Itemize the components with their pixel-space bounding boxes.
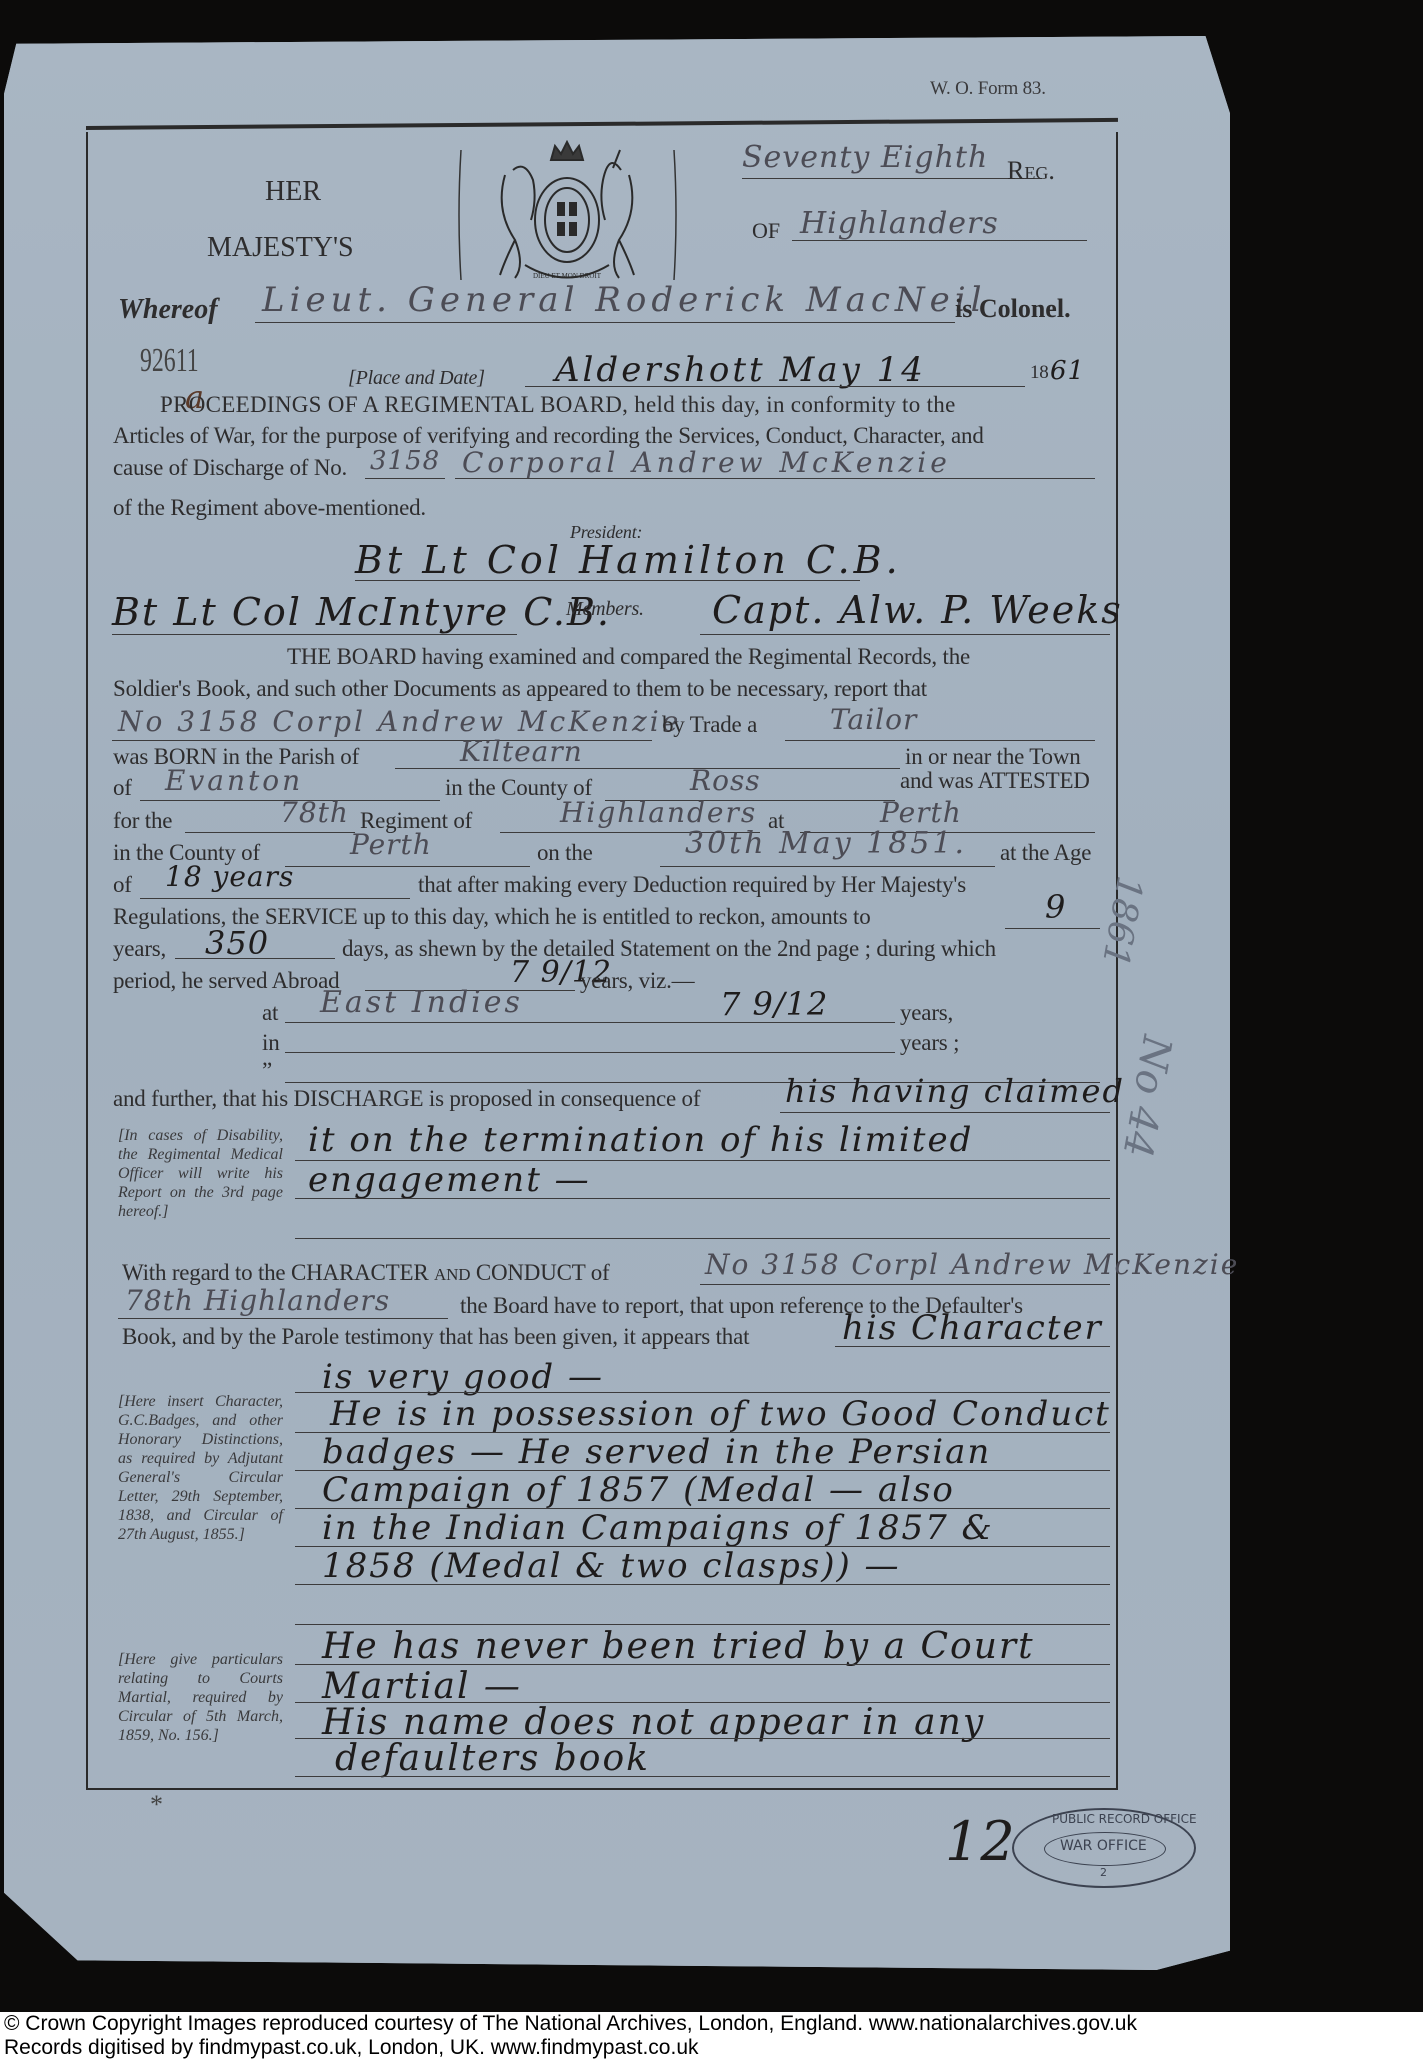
character-line0: his Character (842, 1308, 1103, 1348)
year-prefix: 18 (1030, 362, 1049, 384)
majestys-heading: MAJESTY'S (207, 232, 354, 264)
in-suffix: years ; (900, 1030, 959, 1056)
courts-martial-line4: defaulters book (335, 1738, 650, 1779)
reg-label: Reg. (1007, 156, 1055, 186)
copyright-line2: Records digitised by findmypast.co.uk, L… (0, 2036, 1423, 2060)
regiment-value-2: Highlanders (560, 796, 757, 829)
county-value: Ross (690, 764, 761, 797)
reference-number: 92611 (140, 342, 199, 380)
courts-martial-line1: He has never been tried by a Court (322, 1626, 1035, 1667)
proceedings-line4: of the Regiment above-mentioned. (113, 495, 426, 521)
character-subject-value: No 3158 Corpl Andrew McKenzie (705, 1248, 1239, 1281)
of-label: OF (752, 218, 780, 244)
year-value: 61 (1050, 356, 1085, 386)
parish-value: Kiltearn (460, 735, 583, 768)
abroad-label: period, he served Abroad (113, 968, 339, 994)
age-label: at the Age (1000, 840, 1091, 866)
ditto-label: ” (262, 1058, 272, 1084)
place-date-value: Aldershott May 14 (555, 350, 926, 390)
age-value: 18 years (165, 860, 294, 893)
character-label: With regard to the CHARACTER and CONDUCT… (122, 1260, 610, 1286)
proceedings-line3-label: cause of Discharge of No. (113, 455, 347, 481)
her-heading: HER (265, 176, 321, 208)
of-town-label: of (113, 775, 132, 801)
service-years-value: 9 (1045, 888, 1066, 926)
at-value: Perth (880, 796, 962, 829)
years-label: years, (113, 936, 166, 962)
days-text: days, as shewn by the detailed Statement… (342, 936, 996, 962)
town-value: Evanton (165, 764, 303, 797)
svg-text:DIEU ET MON DROIT: DIEU ET MON DROIT (533, 272, 602, 280)
soldier-ref-value: No 3158 Corpl Andrew McKenzie (118, 705, 681, 738)
whereof-label: Whereof (118, 294, 218, 326)
public-record-office-stamp: PUBLIC RECORD OFFICE WAR OFFICE 2 (1012, 1808, 1196, 1888)
discharge-margin-note: [In cases of Disability, the Regimental … (118, 1126, 283, 1221)
discharge-line1: his having claimed (785, 1072, 1125, 1110)
at2-label: at (262, 1000, 278, 1026)
colonel-name-value: Lieut. General Roderick MacNeil (262, 280, 987, 320)
colonel-label: is Colonel. (955, 294, 1071, 324)
place-date-label: [Place and Date] (348, 367, 485, 390)
character-line3: badges — He served in the Persian (322, 1432, 991, 1472)
discharge-label: and further, that his DISCHARGE is propo… (113, 1086, 700, 1112)
deduction-text: that after making every Deduction requir… (418, 872, 966, 898)
character-book-text: Book, and by the Parole testimony that h… (122, 1324, 749, 1350)
trade-value: Tailor (830, 703, 917, 736)
trade-label: by Trade a (662, 712, 757, 738)
proceedings-line1: PROCEEDINGS OF A REGIMENTAL BOARD, held … (160, 392, 956, 418)
at2-place-value: East Indies (320, 985, 523, 1020)
form-number: W. O. Form 83. (930, 78, 1046, 100)
copyright-footer: © Crown Copyright Images reproduced cour… (0, 2012, 1423, 2068)
copyright-line1: © Crown Copyright Images reproduced cour… (0, 2012, 1423, 2036)
courts-martial-margin-note: [Here give particulars relating to Court… (118, 1650, 283, 1745)
attested-date-value: 30th May 1851. (685, 826, 967, 861)
members-label: Members. (566, 598, 644, 621)
regiment-number-value: Seventy Eighth (742, 140, 988, 175)
report-line2: Soldier's Book, and such other Documents… (113, 676, 927, 702)
county2-value: Perth (350, 828, 432, 861)
report-line1: THE BOARD having examined and compared t… (287, 644, 970, 670)
character-line1: is very good — (322, 1357, 604, 1397)
regiment-name-value: Highlanders (800, 206, 999, 241)
regiment-number-value-2: 78th (280, 796, 349, 829)
courts-martial-line3: His name does not appear in any (322, 1702, 985, 1743)
member-right-value: Capt. Alw. P. Weeks (712, 588, 1123, 632)
soldier-number-value: 3158 (370, 446, 440, 476)
character-line5: in the Indian Campaigns of 1857 & (322, 1508, 994, 1548)
at2-suffix: years, (900, 1000, 953, 1026)
town-label: in or near the Town (905, 744, 1081, 770)
at2-years-value: 7 9/12 (720, 985, 828, 1023)
for-the-label: for the (113, 808, 172, 834)
royal-crest-icon: DIEU ET MON DROIT (455, 140, 680, 290)
age-of-label: of (113, 872, 132, 898)
president-value: Bt Lt Col Hamilton C.B. (355, 538, 902, 582)
asterisk-mark: * (150, 1790, 163, 1820)
character-regiment-value: 78th Highlanders (125, 1284, 390, 1317)
discharge-line2: it on the termination of his limited (308, 1120, 973, 1160)
member-left-value: Bt Lt Col McIntyre C.B. (112, 590, 611, 634)
in-label: in (262, 1030, 280, 1056)
character-line2: He is in possession of two Good Conduct (330, 1394, 1111, 1434)
discharge-line3: engagement — (308, 1160, 591, 1200)
soldier-name-value: Corporal Andrew McKenzie (462, 446, 951, 479)
character-line6: 1858 (Medal & two clasps)) — (322, 1546, 901, 1586)
service-days-value: 350 (205, 924, 269, 962)
abroad-suffix: years, viz.— (580, 968, 694, 994)
page-number: 12 (945, 1810, 1016, 1873)
on-the-label: on the (537, 840, 593, 866)
attested-label: and was ATTESTED (900, 768, 1090, 794)
character-margin-note: [Here insert Character, G.C.Badges, and … (118, 1392, 283, 1544)
courts-martial-line2: Martial — (322, 1666, 522, 1707)
character-line4: Campaign of 1857 (Medal — also (322, 1470, 955, 1510)
